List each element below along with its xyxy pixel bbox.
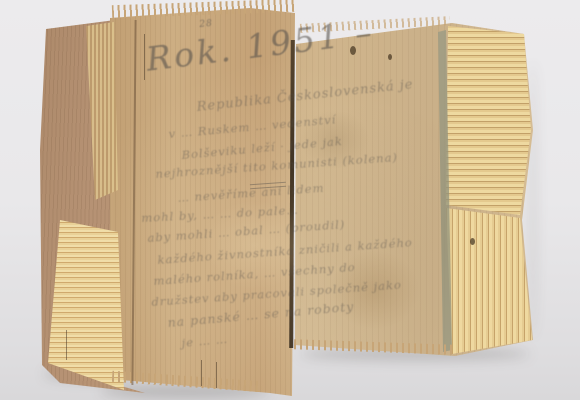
handwritten-page-number: 28 xyxy=(199,19,213,30)
wood-knot xyxy=(388,54,392,60)
photo-of-wooden-diary: 28 Rok. 1951 – Republika Československá … xyxy=(0,0,580,400)
wood-crack xyxy=(201,360,202,386)
wood-knot xyxy=(470,238,475,245)
wood-crack xyxy=(216,362,217,388)
wood-crack xyxy=(66,330,67,360)
